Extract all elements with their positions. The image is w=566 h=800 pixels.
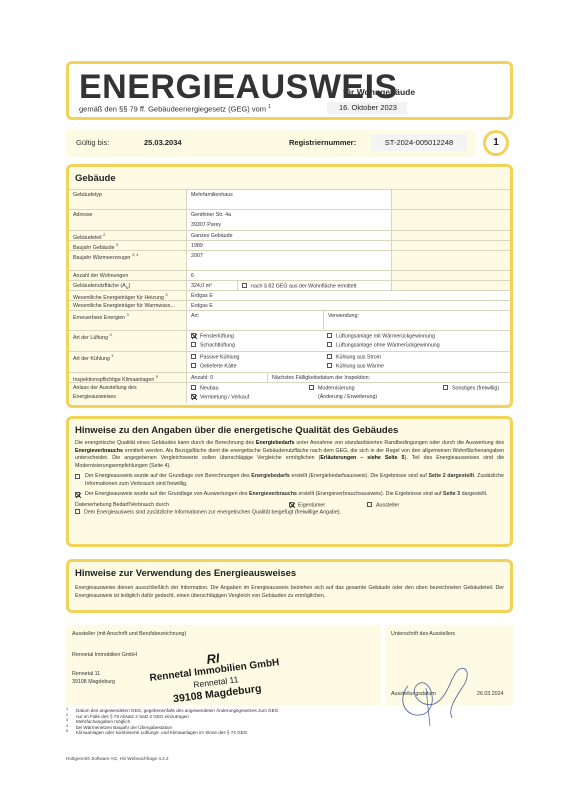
valid-until-label: Gültig bis:: [76, 138, 109, 147]
page-number-badge: 1: [483, 130, 509, 156]
row-building-type: Gebäudetyp Mehrfamilienhaus: [69, 189, 510, 209]
checkbox-passive-cooling[interactable]: [191, 354, 196, 359]
value-area-cell: 324,0 m² nach § 82 GEG aus der Wohnfläch…: [186, 281, 392, 290]
label-reason: Anlass der Ausstellung desEnergieausweis…: [73, 385, 137, 400]
row-area: Gebäudenutzfläche (AN) 324,0 m² nach § 8…: [69, 280, 510, 290]
value-cooling: Passive Kühlung Gelieferte Kälte Kühlung…: [186, 352, 510, 372]
reason-option-rent-sale[interactable]: Vermietung / Verkauf: [191, 394, 249, 401]
building-section: Gebäude Gebäudetyp Mehrfamilienhaus Adre…: [66, 164, 513, 408]
label-building-type: Gebäudetyp: [73, 192, 102, 198]
address-street: Genthiner Str. 4a: [191, 212, 387, 222]
law-footnote: 1: [268, 104, 271, 110]
row-ventilation: Art der Lüftung 3 Fensterlüftung Schacht…: [69, 330, 510, 351]
inspection-count: Anzahl: 0: [191, 375, 213, 381]
additional-info-label: Dem Energieausweis sind zusätzliche Info…: [84, 509, 341, 515]
row-energy-water: Wesentliche Energieträger für Warmwass..…: [69, 300, 510, 310]
renewable-type-label: Art:: [191, 313, 199, 319]
value-building-part: Ganzes Gebäude: [186, 231, 392, 240]
value-units: 6: [186, 271, 392, 280]
row-reason: Anlass der Ausstellung desEnergieausweis…: [69, 382, 510, 403]
label-ventilation: Art der Lüftung 3: [73, 333, 112, 341]
data-by-issuer[interactable]: Aussteller: [367, 502, 399, 509]
value-energy-heating: Erdgas E: [186, 291, 510, 300]
value-year-building: 1989: [186, 241, 392, 250]
checkbox-rent-sale[interactable]: [191, 394, 196, 399]
label-address: Adresse: [73, 212, 92, 218]
footnote-5: 5Klimaanlagen oder kombinierte Lüftungs-…: [66, 730, 278, 736]
label-year-heater: Baujahr Wärmeerzeuger 3, 4: [73, 253, 139, 261]
document-subtitle: für Wohngebäude: [343, 87, 415, 97]
hints-section-title: Hinweise zu den Angaben über die energet…: [69, 419, 510, 440]
registration-label: Registriernummer:: [289, 138, 356, 147]
row-address: Adresse Genthiner Str. 4a 39307 Parey: [69, 209, 510, 230]
issue-date-value: 26.03.2024: [477, 691, 504, 697]
value-year-heater: 2007: [186, 251, 392, 270]
reason-option-other[interactable]: Sonstiges (freiwillig): [443, 385, 499, 392]
checkbox-new-building[interactable]: [191, 385, 196, 390]
label-renewable: Erneuerbare Energien 3: [73, 313, 129, 321]
issuer-label: Aussteller (mit Anschrift und Berufsbeze…: [72, 631, 186, 637]
area-wohnflaeche-checkbox[interactable]: [242, 283, 247, 288]
usage-section-title: Hinweise zur Verwendung des Energieauswe…: [69, 562, 510, 583]
vent-option-shaft[interactable]: Schachtlüftung: [191, 342, 235, 349]
row-energy-heating: Wesentliche Energieträger für Heizung 3 …: [69, 290, 510, 300]
checkbox-issuer[interactable]: [367, 502, 372, 507]
area-option: nach § 82 GEG aus der Wohnfläche ermitte…: [237, 281, 360, 290]
law-date: 16. Oktober 2023: [327, 102, 407, 114]
vent-option-without-recovery[interactable]: Lüftungsanlage ohne Wärmerückgewinnung: [327, 342, 440, 349]
validity-bar: Gültig bis: 25.03.2034 Registriernummer:…: [66, 130, 476, 157]
option-consumption-certificate[interactable]: Der Energieausweis wurde auf der Grundla…: [69, 488, 510, 499]
footnotes: 1Datum des angewendeten GEG, gegebenenfa…: [66, 708, 278, 736]
value-ventilation: Fensterlüftung Schachtlüftung Lüftungsan…: [186, 331, 510, 351]
row-inspection: Inspektionspflichtige Klimaanlagen 5 Anz…: [69, 372, 510, 382]
label-cooling: Art der Kühlung 3: [73, 354, 113, 362]
label-energy-water: Wesentliche Energieträger für Warmwass..…: [73, 303, 175, 309]
checkbox-consumption-certificate[interactable]: [75, 492, 80, 497]
inspection-next-date-label: Nächstes Fälligkeitsdatum der Inspektion…: [267, 373, 374, 382]
issuer-city: 39108 Magdeburg: [72, 679, 115, 685]
row-building-part: Gebäudeteil 2 Ganzes Gebäude: [69, 230, 510, 240]
cool-option-passive[interactable]: Passive Kühlung: [191, 354, 239, 361]
value-renewable: Art: Verwendung:: [186, 311, 510, 330]
checkbox-vent-with-recovery[interactable]: [327, 333, 332, 338]
valid-until-value: 25.03.2034: [144, 138, 182, 147]
law-reference: gemäß den §§ 79 ff. Gebäudeenergiegesetz…: [79, 104, 271, 114]
checkbox-other[interactable]: [443, 385, 448, 390]
hints-section: Hinweise zu den Angaben über die energet…: [66, 416, 513, 547]
cool-option-electric[interactable]: Kühlung aus Strom: [327, 354, 381, 361]
issuer-street: Rennetal 11: [72, 671, 100, 677]
additional-info-row[interactable]: Dem Energieausweis sind zusätzliche Info…: [69, 509, 510, 519]
reason-option-new[interactable]: Neubau: [191, 385, 219, 392]
data-by-owner[interactable]: Eigentümer: [289, 502, 325, 509]
checkbox-demand-certificate[interactable]: [75, 474, 80, 479]
checkbox-additional-info[interactable]: [75, 509, 80, 514]
checkbox-vent-without-recovery[interactable]: [327, 342, 332, 347]
checkbox-window-vent[interactable]: [191, 333, 196, 338]
title-box: ENERGIEAUSWEIS für Wohngebäude gemäß den…: [66, 61, 513, 120]
label-area: Gebäudenutzfläche (AN): [73, 283, 130, 290]
issuer-name: Rennetal Immobilien GmbH: [72, 652, 137, 658]
data-collection-label: Datenerhebung Bedarf/Verbrauch durch: [75, 502, 169, 508]
address-city: 39307 Parey: [191, 222, 387, 228]
row-cooling: Art der Kühlung 3 Passive Kühlung Gelief…: [69, 351, 510, 372]
cool-option-delivered[interactable]: Gelieferte Kälte: [191, 363, 237, 370]
building-section-title: Gebäude: [69, 167, 510, 189]
checkbox-modernization[interactable]: [309, 385, 314, 390]
row-renewable: Erneuerbare Energien 3 Art: Verwendung:: [69, 310, 510, 330]
option-demand-certificate[interactable]: Der Energieausweis wurde auf der Grundla…: [69, 470, 510, 488]
value-energy-water: Erdgas E: [186, 301, 510, 310]
value-inspection: Anzahl: 0 Nächstes Fälligkeitsdatum der …: [186, 373, 510, 382]
signature-label: Unterschrift des Ausstellers: [391, 631, 455, 637]
software-credit: Hottgenroth Software AG, HS Webnachfrage…: [66, 756, 169, 761]
registration-number: ST-2024-005012248: [371, 134, 467, 151]
value-address: Genthiner Str. 4a 39307 Parey: [186, 210, 392, 230]
cool-option-heat[interactable]: Kühlung aus Wärme: [327, 363, 384, 370]
reason-modernization-note: (Änderung / Erweiterung): [318, 394, 377, 400]
checkbox-delivered-cold[interactable]: [191, 363, 196, 368]
reason-option-modernization[interactable]: Modernisierung: [309, 385, 355, 392]
value-building-type: Mehrfamilienhaus: [186, 190, 392, 209]
hints-paragraph: Die energetische Qualität eines Gebäudes…: [69, 440, 510, 470]
usage-text: Energieausweise dienen ausschließlich de…: [69, 583, 510, 602]
vent-option-window[interactable]: Fensterlüftung: [191, 333, 234, 340]
row-year-heater: Baujahr Wärmeerzeuger 3, 4 2007: [69, 250, 510, 270]
data-collection-row: Datenerhebung Bedarf/Verbrauch durch Eig…: [69, 499, 510, 509]
renewable-usage-label: Verwendung:: [323, 311, 363, 330]
row-units: Anzahl der Wohnungen 6: [69, 270, 510, 280]
checkbox-owner[interactable]: [289, 502, 294, 507]
checkbox-cooling-heat[interactable]: [327, 363, 332, 368]
value-reason: Neubau Vermietung / Verkauf Modernisieru…: [186, 383, 510, 403]
value-area: 324,0 m²: [191, 283, 212, 289]
row-year-building: Baujahr Gebäude 3 1989: [69, 240, 510, 250]
law-text: gemäß den §§ 79 ff. Gebäudeenergiegesetz…: [79, 105, 266, 114]
label-units: Anzahl der Wohnungen: [73, 273, 128, 279]
area-option-label: nach § 82 GEG aus der Wohnfläche ermitte…: [251, 284, 356, 290]
usage-section: Hinweise zur Verwendung des Energieauswe…: [66, 559, 513, 613]
checkbox-cooling-electric[interactable]: [327, 354, 332, 359]
checkbox-shaft-vent[interactable]: [191, 342, 196, 347]
vent-option-with-recovery[interactable]: Lüftungsanlage mit Wärmerückgewinnung: [327, 333, 435, 340]
signature-icon: [390, 648, 480, 728]
